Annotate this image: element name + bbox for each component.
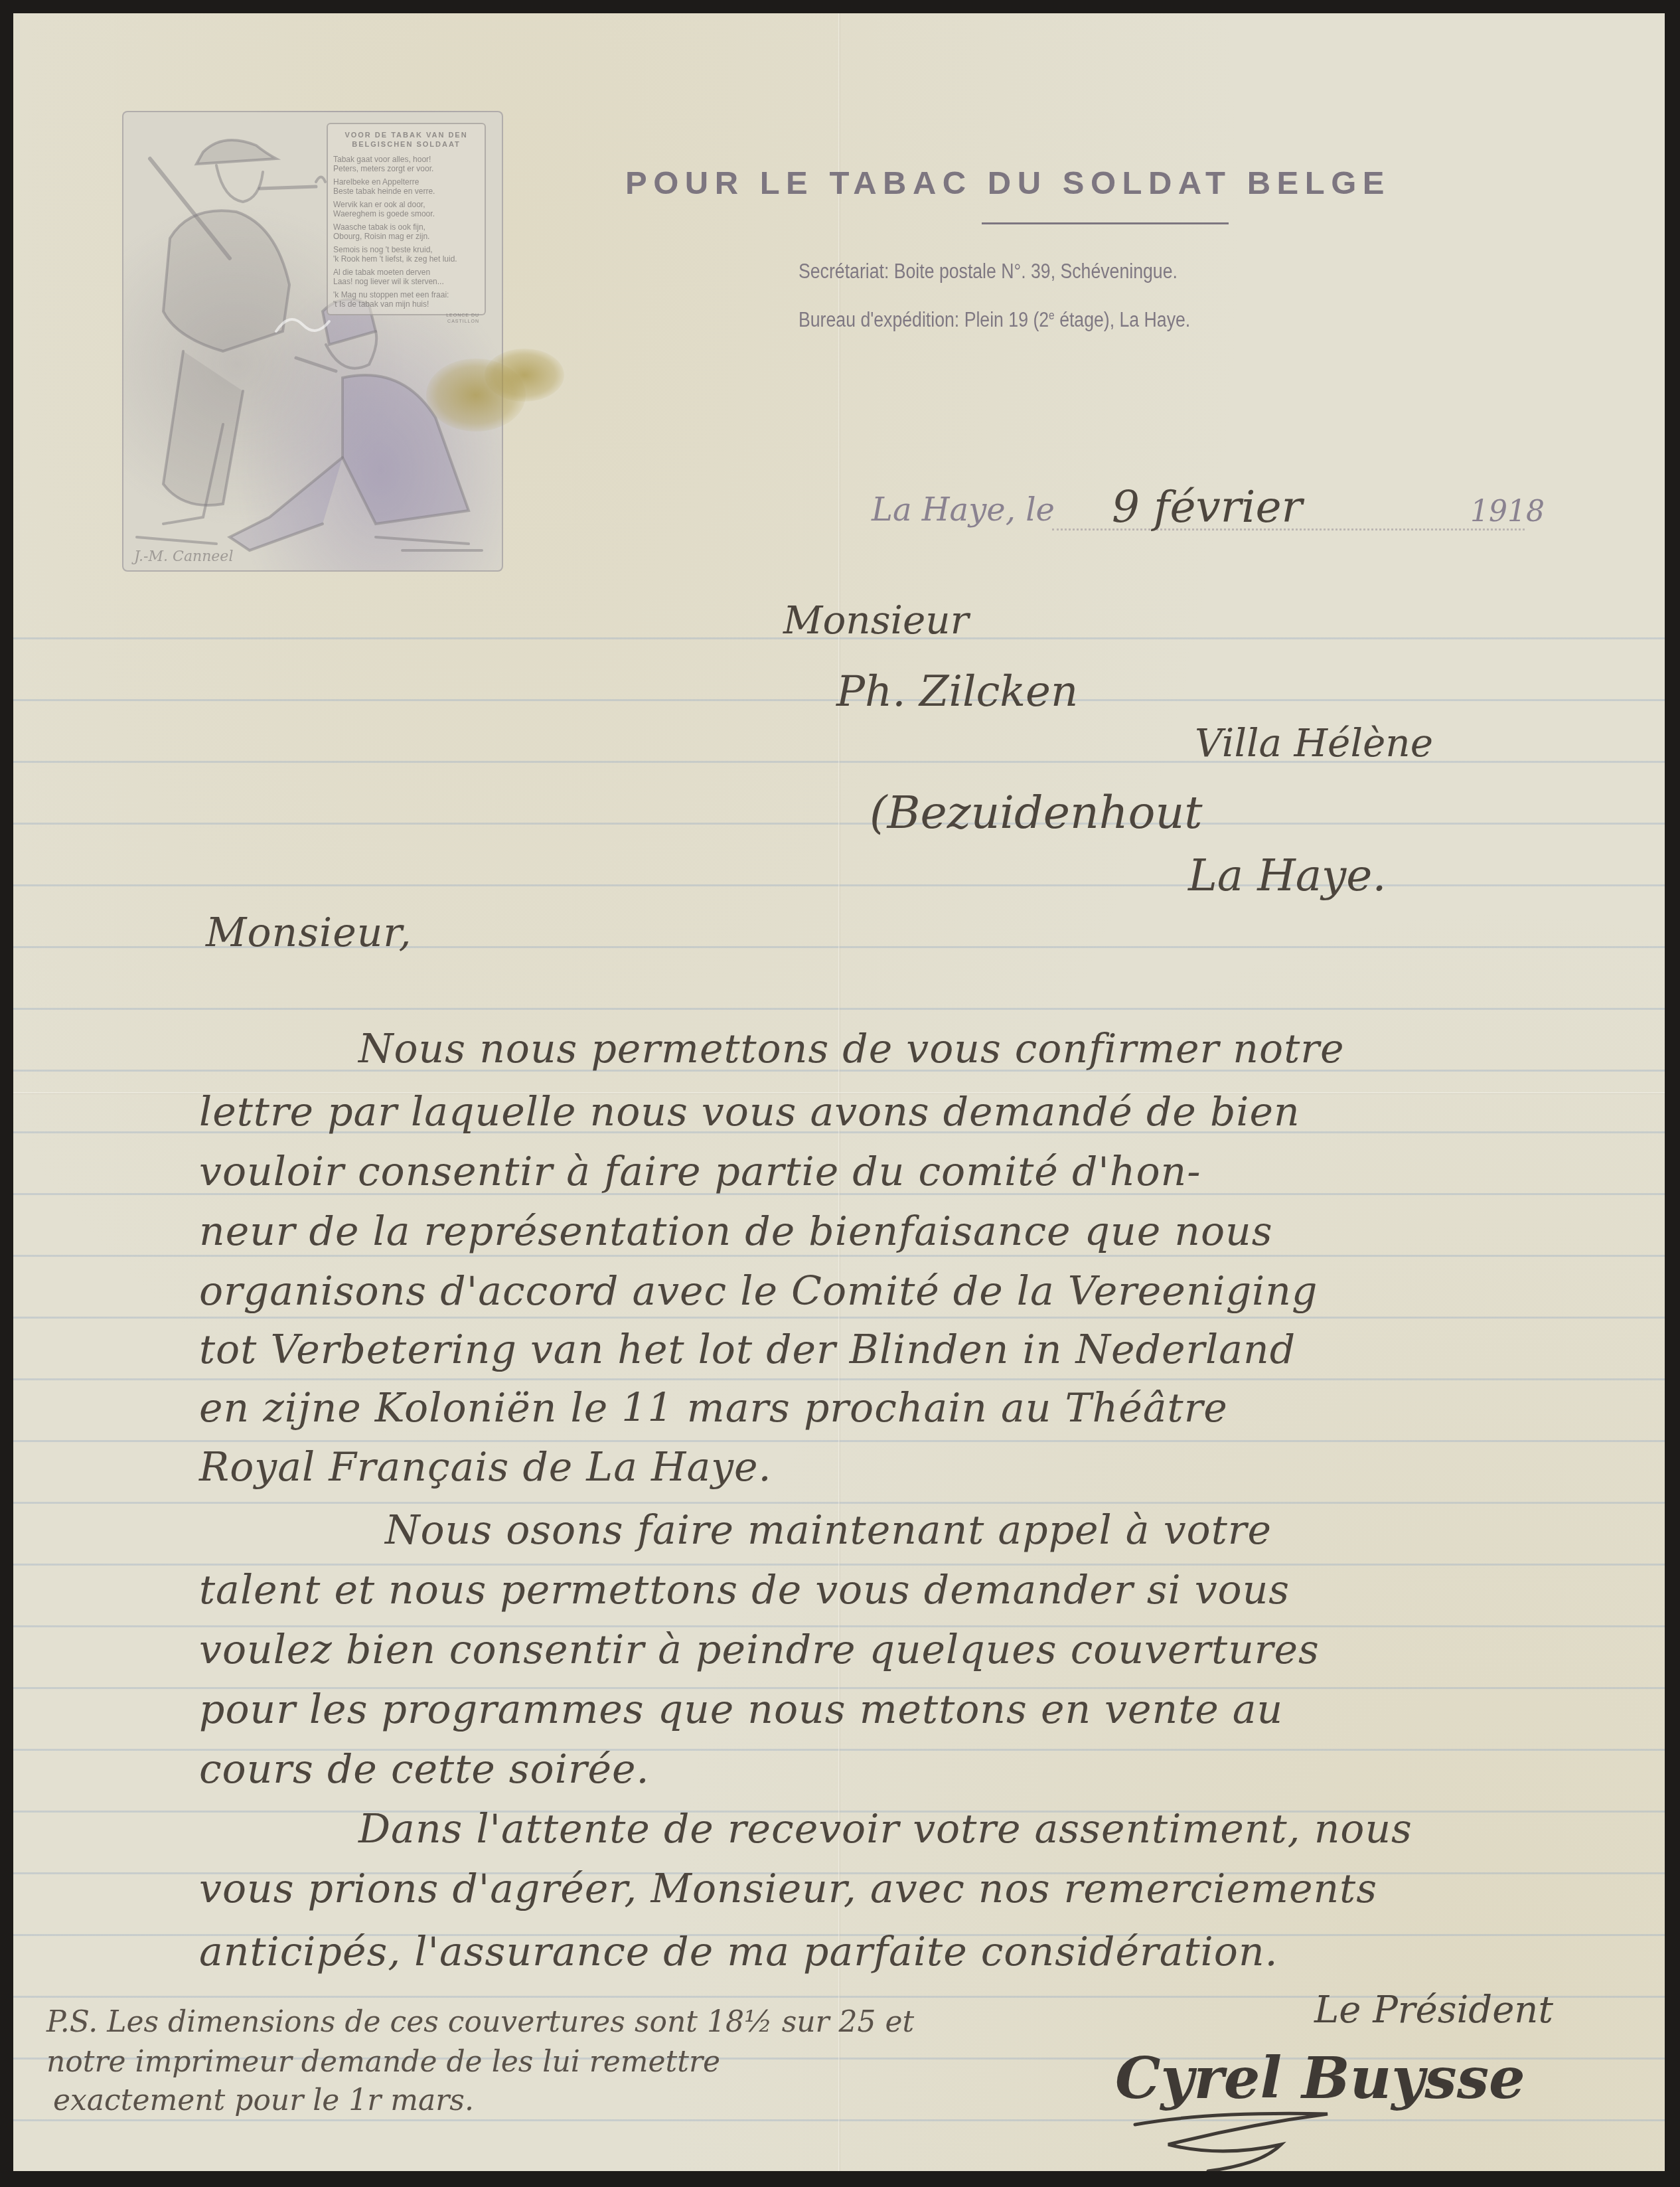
poem-title: VOOR DE TABAK VAN DEN BELGISCHEN SOLDAAT: [333, 131, 479, 149]
body-line: cours de cette soirée.: [199, 1746, 650, 1793]
postscript-line: notre imprimeur demande de les lui remet…: [46, 2045, 720, 2079]
letterhead-secretariat: Secrétariat: Boite postale N°. 39, Schév…: [799, 260, 1178, 283]
body-line: neur de la représentation de bienfaisanc…: [199, 1208, 1272, 1255]
poem-line: Wervik kan er ook al door,: [333, 200, 479, 209]
letterhead-title: POUR LE TABAC DU SOLDAT BELGE: [625, 165, 1391, 202]
poem-panel: VOOR DE TABAK VAN DEN BELGISCHEN SOLDAAT…: [327, 123, 486, 315]
body-line: Royal Français de La Haye.: [199, 1444, 772, 1491]
postscript-line: P.S. Les dimensions de ces couvertures s…: [46, 2005, 914, 2039]
poem-author: LEONCE DU CASTILLON: [333, 313, 479, 325]
artist-signature: J.-M. Canneel: [134, 550, 233, 564]
body-line: anticipés, l'assurance de ma parfaite co…: [199, 1929, 1278, 1975]
recipient-salutation: Monsieur: [783, 598, 968, 643]
body-line: vouloir consentir à faire partie du comi…: [199, 1149, 1201, 1195]
body-line: vous prions d'agréer, Monsieur, avec nos…: [199, 1866, 1377, 1912]
body-line: Nous osons faire maintenant appel à votr…: [385, 1507, 1272, 1554]
poem-line: Tabak gaat voor alles, hoor!: [333, 155, 479, 164]
letterhead-bureau: Bureau d'expédition: Plein 19 (2e étage)…: [799, 308, 1190, 332]
date-year: 1918: [1470, 495, 1545, 528]
poem-line: Waasche tabak is ook fijn,: [333, 222, 479, 232]
recipient-city: La Haye.: [1188, 850, 1386, 901]
postscript-line: exactement pour le 1r mars.: [53, 2083, 474, 2117]
poem-line: Harelbeke en Appelterre: [333, 177, 479, 187]
poem-line: 't Is de tabak van mijn huis!: [333, 299, 479, 309]
letterhead-rule: [982, 222, 1229, 224]
poem-line: 'k Rook hem 't liefst, ik zeg het luid.: [333, 254, 479, 264]
date-handwritten: 9 février: [1112, 481, 1302, 532]
body-line: tot Verbetering van het lot der Blinden …: [199, 1327, 1296, 1373]
body-line: pour les programmes que nous mettons en …: [199, 1686, 1283, 1733]
recipient-street: (Bezuidenhout: [870, 787, 1203, 839]
body-line: Nous nous permettons de vous confirmer n…: [358, 1026, 1344, 1072]
poem-line: Laas! nog liever wil ik sterven...: [333, 277, 479, 286]
poem-line: Peters, meters zorgt er voor.: [333, 164, 479, 173]
body-line: organisons d'accord avec le Comité de la…: [199, 1268, 1318, 1315]
poem-line: 'k Mag nu stoppen met een fraai:: [333, 290, 479, 299]
date-place-printed: La Haye, le: [872, 491, 1055, 528]
body-line: lettre par laquelle nous vous avons dema…: [199, 1089, 1300, 1135]
body-line: talent et nous permettons de vous demand…: [199, 1567, 1290, 1613]
poem-line: Beste tabak heinde en verre.: [333, 187, 479, 196]
signature: Cyrel Buysse: [1115, 2045, 1525, 2112]
letter-page: VOOR DE TABAK VAN DEN BELGISCHEN SOLDAAT…: [13, 13, 1665, 2171]
recipient-name: Ph. Zilcken: [836, 667, 1078, 716]
body-line: en zijne Koloniën le 11 mars prochain au…: [199, 1385, 1228, 1431]
letter-salutation: Monsieur,: [206, 910, 412, 956]
recipient-villa: Villa Hélène: [1195, 720, 1433, 766]
poem-line: Waereghem is goede smoor.: [333, 209, 479, 218]
body-line: Dans l'attente de recevoir votre assenti…: [358, 1806, 1413, 1852]
poem-line: Semois is nog 't beste kruid,: [333, 245, 479, 254]
closing-title: Le Président: [1314, 1988, 1553, 2032]
signature-flourish-icon: [1128, 2105, 1474, 2171]
poem-line: Al die tabak moeten derven: [333, 268, 479, 277]
water-stain: [485, 349, 564, 402]
body-line: voulez bien consentir à peindre quelques…: [199, 1627, 1320, 1673]
poem-line: Obourg, Roisin mag er zijn.: [333, 232, 479, 241]
soldier-illustration: VOOR DE TABAK VAN DEN BELGISCHEN SOLDAAT…: [122, 111, 503, 572]
